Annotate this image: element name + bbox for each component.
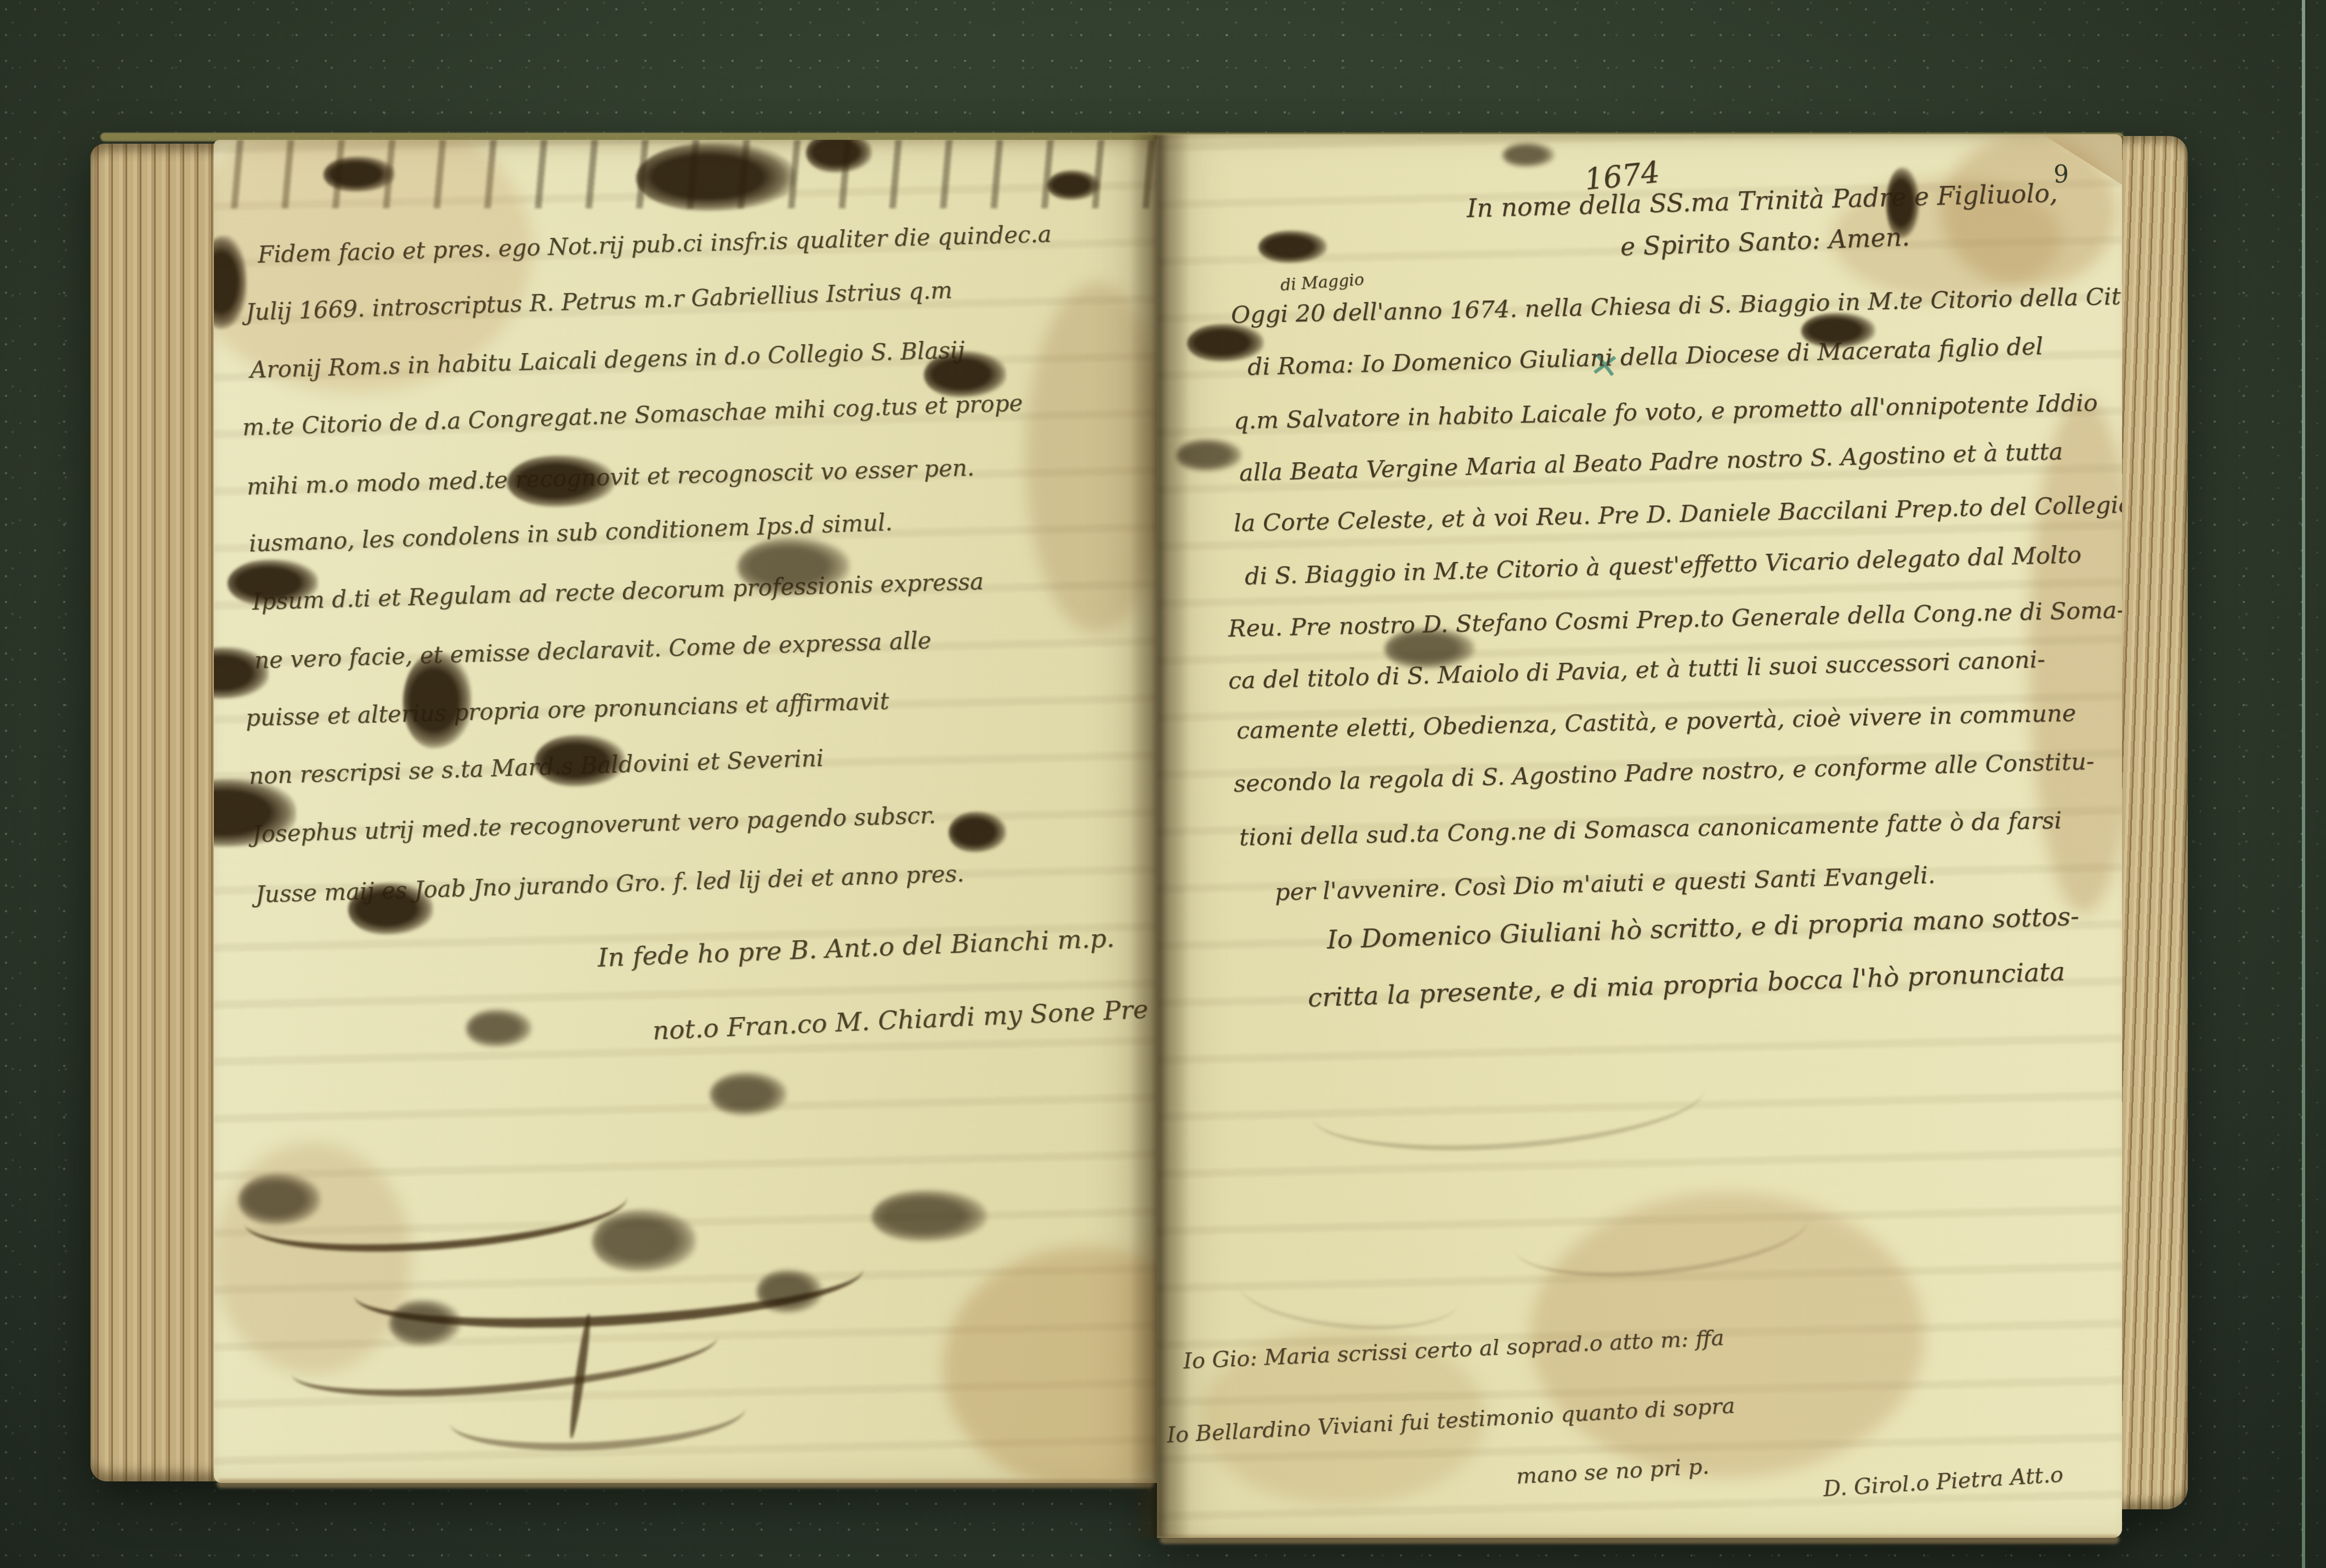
ink-blot bbox=[1187, 323, 1264, 362]
open-manuscript-book: Fidem facio et pres. ego Not.rij pub.ci … bbox=[90, 132, 2191, 1543]
ink-blot bbox=[737, 537, 850, 595]
ink-blot bbox=[636, 143, 795, 211]
right-page-bottom-edge bbox=[1160, 1535, 2119, 1544]
ink-blot bbox=[324, 156, 395, 192]
ink-blot bbox=[924, 351, 1006, 397]
bleedthrough-blot bbox=[757, 1269, 822, 1313]
thread-line bbox=[2302, 0, 2305, 1568]
book-gutter-shadow bbox=[1130, 134, 1190, 1538]
right-fore-edge bbox=[2117, 136, 2188, 1509]
ink-blot bbox=[1047, 170, 1099, 200]
ink-blot bbox=[403, 652, 472, 748]
bleedthrough-blot bbox=[872, 1190, 987, 1242]
bleedthrough-blot bbox=[389, 1299, 461, 1346]
left-page: Fidem facio et pres. ego Not.rij pub.ci … bbox=[214, 140, 1157, 1483]
photo-background-felt: Fidem facio et pres. ego Not.rij pub.ci … bbox=[0, 0, 2326, 1568]
ink-blot bbox=[507, 455, 614, 507]
ink-blot bbox=[535, 735, 625, 787]
bleedthrough-blot bbox=[239, 1173, 321, 1225]
right-page: 9 1674 In nome della SS.ma Trinità Padre… bbox=[1157, 134, 2122, 1538]
ink-blot bbox=[949, 811, 1006, 853]
ink-blot bbox=[1385, 628, 1475, 669]
ink-blot bbox=[1502, 143, 1555, 167]
ink-blot bbox=[1258, 230, 1327, 263]
ink-blot bbox=[710, 1072, 787, 1116]
ink-blot bbox=[1886, 167, 1919, 238]
ink-blot bbox=[466, 1009, 532, 1047]
left-page-stack-edge bbox=[90, 144, 222, 1481]
left-page-bottom-edge bbox=[217, 1479, 1154, 1488]
ink-blot bbox=[228, 559, 318, 606]
ink-blot bbox=[1801, 313, 1875, 348]
bleedthrough-blot bbox=[592, 1209, 696, 1272]
ink-blot bbox=[348, 883, 433, 935]
